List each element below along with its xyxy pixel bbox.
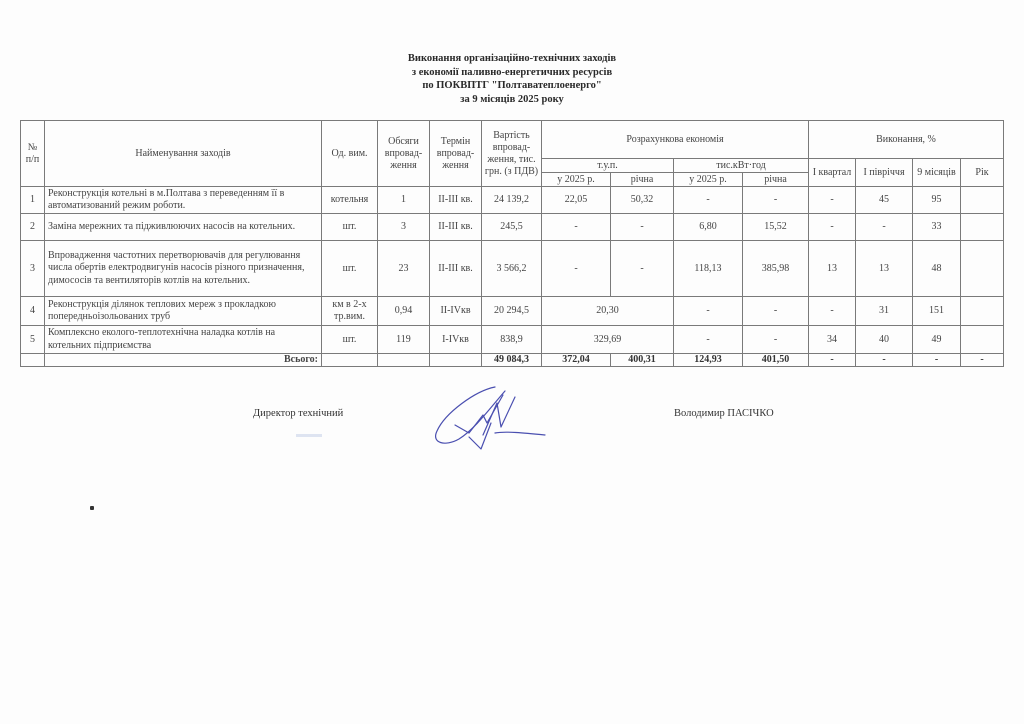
total-year: -	[961, 354, 1004, 367]
row-unit: шт.	[322, 214, 378, 241]
row-name: Комплексно еколого-теплотехнічна наладка…	[45, 326, 322, 354]
scan-speck	[90, 506, 94, 510]
signer-position: Директор технічний	[253, 408, 343, 419]
row-volume: 23	[378, 241, 430, 297]
row-term: II-III кв.	[430, 241, 482, 297]
total-kwh-2025: 124,93	[674, 354, 743, 367]
row-cost: 245,5	[482, 214, 542, 241]
total-h1: -	[856, 354, 913, 367]
header-kwh-annual: річна	[743, 173, 809, 187]
header-volume: Обсяги впровад-ження	[378, 121, 430, 187]
row-m9: 48	[913, 241, 961, 297]
total-tup-2025: 372,04	[542, 354, 611, 367]
row-term: II-III кв.	[430, 187, 482, 214]
row-year	[961, 241, 1004, 297]
row-tup-annual: -	[611, 241, 674, 297]
row-q1: 34	[809, 326, 856, 354]
row-tup-annual: -	[611, 214, 674, 241]
measures-table: № п/п Найменування заходів Од. вим. Обся…	[20, 120, 1004, 367]
row-h1: 45	[856, 187, 913, 214]
row-year	[961, 326, 1004, 354]
table-row: 5 Комплексно еколого-теплотехнічна налад…	[21, 326, 1004, 354]
title-line-3: по ПОКВПТГ "Полтаватеплоенерго"	[0, 79, 1024, 93]
total-unit	[322, 354, 378, 367]
total-q1: -	[809, 354, 856, 367]
row-m9: 95	[913, 187, 961, 214]
row-tup-merged: 20,30	[542, 297, 674, 326]
header-unit: Од. вим.	[322, 121, 378, 187]
row-kwh-2025: -	[674, 326, 743, 354]
row-h1: 13	[856, 241, 913, 297]
header-name: Найменування заходів	[45, 121, 322, 187]
table-row: 3 Впровадження частотних перетворювачів …	[21, 241, 1004, 297]
signer-name: Володимир ПАСІЧКО	[674, 408, 774, 419]
header-m9: 9 місяців	[913, 159, 961, 187]
row-tup-merged: 329,69	[542, 326, 674, 354]
header-tup-annual: річна	[611, 173, 674, 187]
total-volume	[378, 354, 430, 367]
row-num: 1	[21, 187, 45, 214]
header-cost: Вартість впровад-ження, тис. грн. (з ПДВ…	[482, 121, 542, 187]
title-line-4: за 9 місяців 2025 року	[0, 93, 1024, 107]
header-savings: Розрахункова економія	[542, 121, 809, 159]
row-kwh-annual: -	[743, 326, 809, 354]
total-kwh-annual: 401,50	[743, 354, 809, 367]
faint-mark	[296, 434, 322, 437]
header-kwh-2025: у 2025 р.	[674, 173, 743, 187]
row-volume: 119	[378, 326, 430, 354]
total-num	[21, 354, 45, 367]
title-line-1: Виконання організаційно-технічних заході…	[0, 52, 1024, 66]
row-h1: 31	[856, 297, 913, 326]
row-kwh-annual: -	[743, 187, 809, 214]
header-year: Рік	[961, 159, 1004, 187]
header-h1: I півріччя	[856, 159, 913, 187]
row-name: Реконструкція ділянок теплових мереж з п…	[45, 297, 322, 326]
row-name: Впровадження частотних перетворювачів дл…	[45, 241, 322, 297]
header-execution: Виконання, %	[809, 121, 1004, 159]
row-num: 3	[21, 241, 45, 297]
row-name: Заміна мережних та підживлюючих насосів …	[45, 214, 322, 241]
handwritten-signature-icon	[425, 383, 555, 455]
row-q1: -	[809, 187, 856, 214]
header-term: Термін впровад-ження	[430, 121, 482, 187]
row-h1: 40	[856, 326, 913, 354]
table-row: 1 Реконструкція котельні в м.Полтава з п…	[21, 187, 1004, 214]
row-kwh-annual: 15,52	[743, 214, 809, 241]
row-year	[961, 187, 1004, 214]
row-kwh-2025: -	[674, 187, 743, 214]
row-term: I-IVкв	[430, 326, 482, 354]
total-cost: 49 084,3	[482, 354, 542, 367]
total-term	[430, 354, 482, 367]
header-tup-2025: у 2025 р.	[542, 173, 611, 187]
row-unit: шт.	[322, 241, 378, 297]
row-year	[961, 214, 1004, 241]
row-unit: шт.	[322, 326, 378, 354]
title-line-2: з економії паливно-енергетичних ресурсів	[0, 66, 1024, 80]
row-num: 2	[21, 214, 45, 241]
total-tup-annual: 400,31	[611, 354, 674, 367]
row-tup-2025: -	[542, 214, 611, 241]
row-tup-annual: 50,32	[611, 187, 674, 214]
row-volume: 0,94	[378, 297, 430, 326]
row-q1: -	[809, 214, 856, 241]
row-volume: 3	[378, 214, 430, 241]
header-savings-tup: т.у.п.	[542, 159, 674, 173]
row-cost: 838,9	[482, 326, 542, 354]
total-label: Всього:	[45, 354, 322, 367]
header-q1: I квартал	[809, 159, 856, 187]
document-title: Виконання організаційно-технічних заході…	[0, 52, 1024, 106]
row-tup-2025: 22,05	[542, 187, 611, 214]
row-h1: -	[856, 214, 913, 241]
row-m9: 49	[913, 326, 961, 354]
row-unit: котельня	[322, 187, 378, 214]
row-kwh-annual: 385,98	[743, 241, 809, 297]
row-m9: 151	[913, 297, 961, 326]
row-kwh-annual: -	[743, 297, 809, 326]
row-term: II-III кв.	[430, 214, 482, 241]
row-kwh-2025: 118,13	[674, 241, 743, 297]
row-num: 4	[21, 297, 45, 326]
row-cost: 3 566,2	[482, 241, 542, 297]
table-row: 2 Заміна мережних та підживлюючих насосі…	[21, 214, 1004, 241]
row-unit: км в 2-х тр.вим.	[322, 297, 378, 326]
row-q1: 13	[809, 241, 856, 297]
table-row: 4 Реконструкція ділянок теплових мереж з…	[21, 297, 1004, 326]
row-term: II-IVкв	[430, 297, 482, 326]
total-m9: -	[913, 354, 961, 367]
row-tup-2025: -	[542, 241, 611, 297]
header-savings-kwh: тис.кВт·год	[674, 159, 809, 173]
row-q1: -	[809, 297, 856, 326]
row-kwh-2025: -	[674, 297, 743, 326]
row-cost: 24 139,2	[482, 187, 542, 214]
row-cost: 20 294,5	[482, 297, 542, 326]
row-m9: 33	[913, 214, 961, 241]
row-name: Реконструкція котельні в м.Полтава з пер…	[45, 187, 322, 214]
row-volume: 1	[378, 187, 430, 214]
header-num: № п/п	[21, 121, 45, 187]
row-kwh-2025: 6,80	[674, 214, 743, 241]
row-num: 5	[21, 326, 45, 354]
total-row: Всього: 49 084,3 372,04 400,31 124,93 40…	[21, 354, 1004, 367]
row-year	[961, 297, 1004, 326]
